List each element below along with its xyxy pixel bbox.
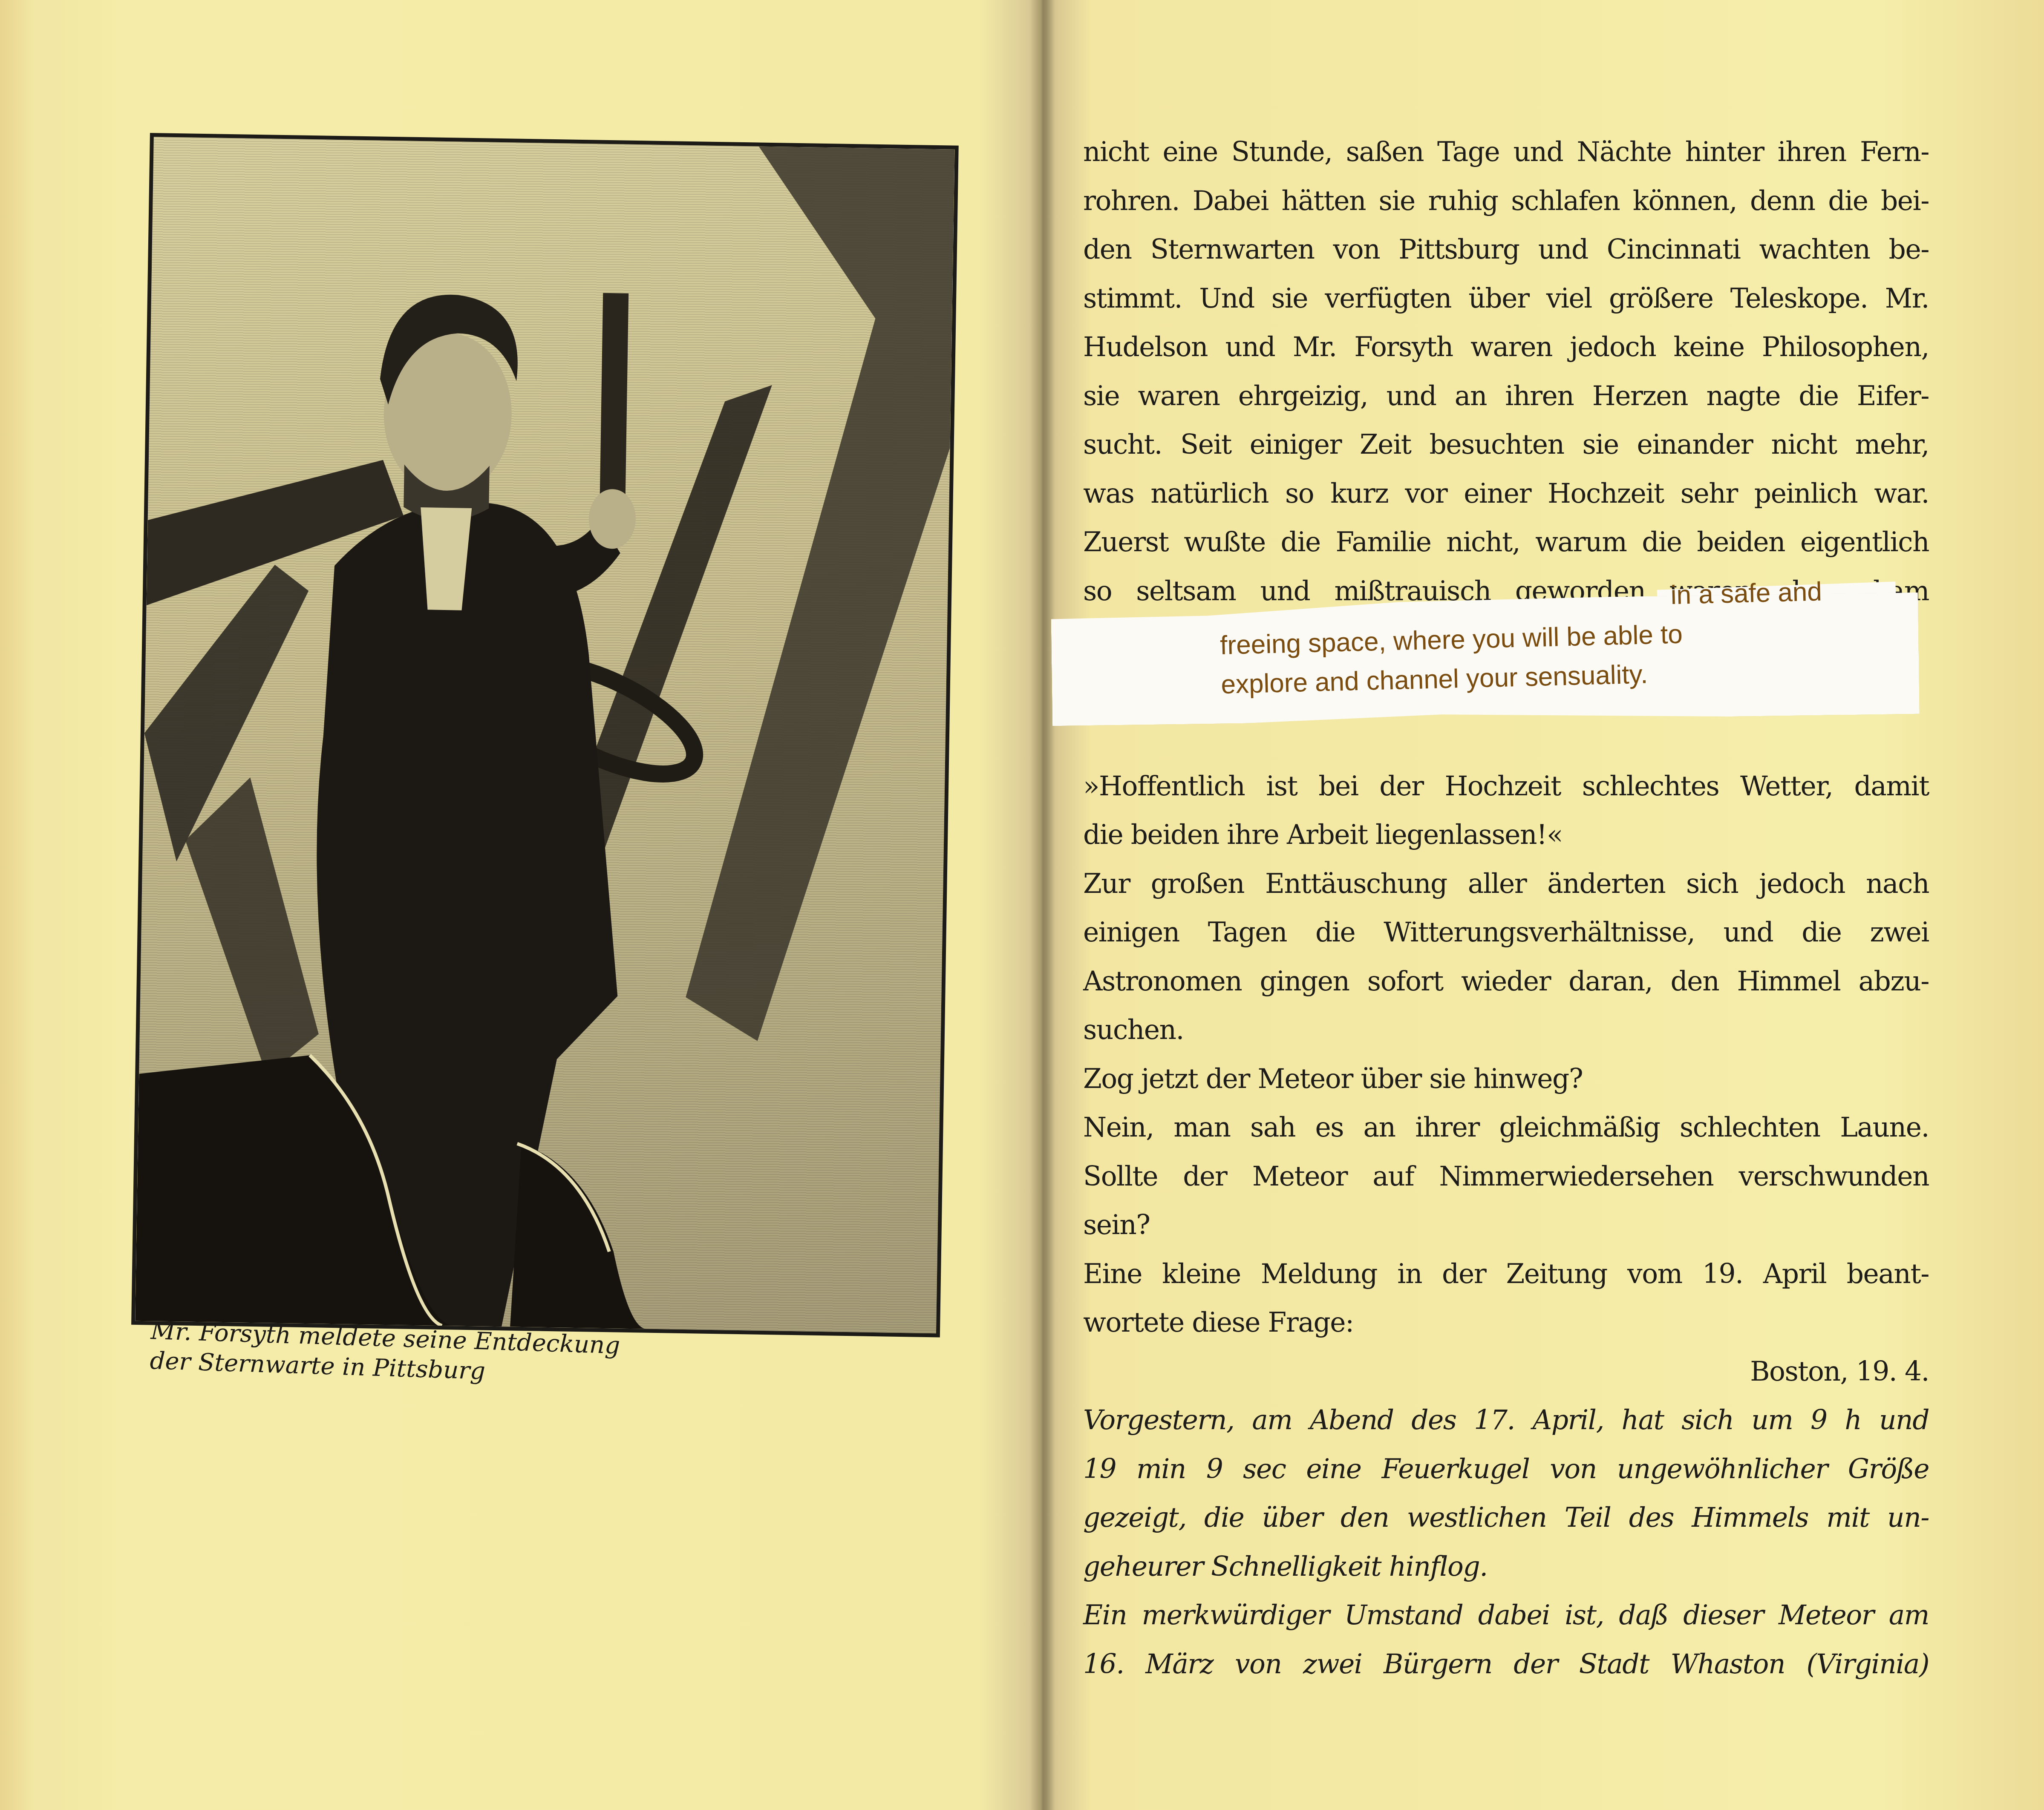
forsyth-telescope-illustration bbox=[131, 133, 959, 1337]
newspaper-quote-line: geheurer Schnelligkeit hinflog. bbox=[1083, 1542, 1929, 1591]
text-line: Zur großen Enttäuschung aller änderten s… bbox=[1083, 860, 1929, 909]
newspaper-quote-line: gezeigt, die über den westlichen Teil de… bbox=[1083, 1493, 1929, 1542]
dateline: Boston, 19. 4. bbox=[1083, 1347, 1929, 1396]
newspaper-quote-line: 19 min 9 sec eine Feuerkugel von ungewöh… bbox=[1083, 1445, 1929, 1494]
book-gutter bbox=[1029, 0, 1055, 1810]
text-line: sucht. Seit einiger Zeit besuchten sie e… bbox=[1083, 420, 1929, 469]
text-line: »Hoffentlich ist bei der Hochzeit schlec… bbox=[1083, 762, 1929, 811]
text-line: die beiden ihre Arbeit liegenlassen!« bbox=[1083, 811, 1929, 860]
text-line: sein? bbox=[1083, 1201, 1929, 1250]
text-line: sie waren ehrgeizig, und an ihren Herzen… bbox=[1083, 372, 1929, 421]
text-line: den Sternwarten von Pittsburg und Cincin… bbox=[1083, 225, 1929, 274]
text-line: einigen Tagen die Witterungsverhältnisse… bbox=[1083, 908, 1929, 957]
engraving-image bbox=[135, 137, 954, 1333]
text-line: rohren. Dabei hätten sie ruhig schlafen … bbox=[1083, 177, 1929, 226]
newspaper-quote-line: Ein merkwürdiger Umstand dabei ist, daß … bbox=[1083, 1591, 1929, 1640]
body-text-column: nicht eine Stunde, saßen Tage und Nächte… bbox=[1083, 128, 1929, 1689]
newspaper-quote-line: Vorgestern, am Abend des 17. April, hat … bbox=[1083, 1396, 1929, 1445]
book-spread: Mr. Forsyth meldete seine Entdeckung der… bbox=[0, 0, 2044, 1810]
text-line: wortete diese Frage: bbox=[1083, 1298, 1929, 1347]
text-line: nicht eine Stunde, saßen Tage und Nächte… bbox=[1083, 128, 1929, 177]
text-line: suchen. bbox=[1083, 1006, 1929, 1055]
text-line: Sollte der Meteor auf Nimmerwiedersehen … bbox=[1083, 1152, 1929, 1201]
text-line: Hudelson und Mr. Forsyth waren jedoch ke… bbox=[1083, 323, 1929, 372]
newspaper-quote-line: 16. März von zwei Bürgern der Stadt Whas… bbox=[1083, 1640, 1929, 1689]
pasted-strip-text: in a safe and freeing space, where you w… bbox=[1219, 570, 1903, 705]
text-line: Astronomen gingen sofort wieder daran, d… bbox=[1083, 957, 1929, 1006]
text-line: Zog jetzt der Meteor über sie hinweg? bbox=[1083, 1055, 1929, 1104]
text-line: Eine kleine Meldung in der Zeitung vom 1… bbox=[1083, 1250, 1929, 1299]
text-line: was natürlich so kurz vor einer Hochzeit… bbox=[1083, 469, 1929, 518]
text-line: Nein, man sah es an ihrer gleichmäßig sc… bbox=[1083, 1103, 1929, 1152]
text-line: Zuerst wußte die Familie nicht, warum di… bbox=[1083, 518, 1929, 567]
text-line: stimmt. Und sie verfügten über viel größ… bbox=[1083, 274, 1929, 323]
